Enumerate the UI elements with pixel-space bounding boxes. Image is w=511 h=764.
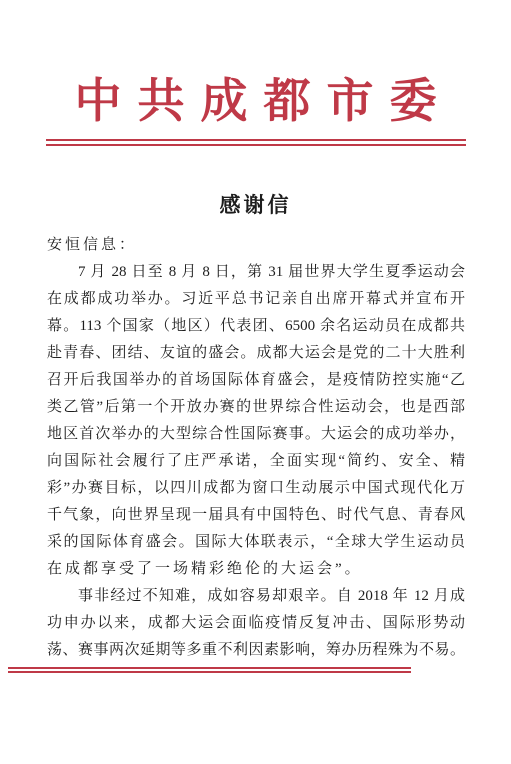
body-line: 安恒信息：	[47, 232, 465, 259]
letterhead-double-rule	[46, 139, 466, 146]
body-line: 向国际社会履行了庄严承诺，全面实现“简约、安全、精	[47, 448, 465, 475]
body-line: 地区首次举办的大型综合性国际赛事。大运会的成功举办，	[47, 421, 465, 448]
body-line: 功申办以来，成都大运会面临疫情反复冲击、国际形势动	[47, 610, 465, 637]
body-line: 赴青春、团结、友谊的盛会。成都大运会是党的二十大胜利	[47, 340, 465, 367]
body-line: 类乙管”后第一个开放办赛的世界综合性运动会，也是西部	[47, 394, 465, 421]
body-line: 千气象，向世界呈现一届具有中国特色、时代气息、青春风	[47, 502, 465, 529]
footer-double-rule	[8, 667, 411, 673]
body-line: 在成都成功举办。习近平总书记亲自出席开幕式并宣布开	[47, 286, 465, 313]
letterhead-org-name: 中共成都市委	[0, 0, 511, 128]
document-title: 感谢信	[0, 192, 511, 218]
body-line: 召开后我国举办的首场国际体育盛会，是疫情防控实施“乙	[47, 367, 465, 394]
body-line: 在成都享受了一场精彩绝伦的大运会”。	[47, 556, 465, 583]
body-line: 荡、赛事两次延期等多重不利因素影响，筹办历程殊为不易。	[47, 637, 465, 664]
letter-page: 中共成都市委 感谢信 安恒信息：7 月 28 日至 8 月 8 日，第 31 届…	[0, 0, 511, 764]
body-line: 彩”办赛目标，以四川成都为窗口生动展示中国式现代化万	[47, 475, 465, 502]
body-line: 幕。113 个国家（地区）代表团、6500 余名运动员在成都共	[47, 313, 465, 340]
body-line: 采的国际体育盛会。国际大体联表示，“全球大学生运动员	[47, 529, 465, 556]
body-line: 7 月 28 日至 8 月 8 日，第 31 届世界大学生夏季运动会	[47, 259, 465, 286]
body-line: 事非经过不知难，成如容易却艰辛。自 2018 年 12 月成	[47, 583, 465, 610]
letter-body: 安恒信息：7 月 28 日至 8 月 8 日，第 31 届世界大学生夏季运动会在…	[47, 232, 465, 664]
